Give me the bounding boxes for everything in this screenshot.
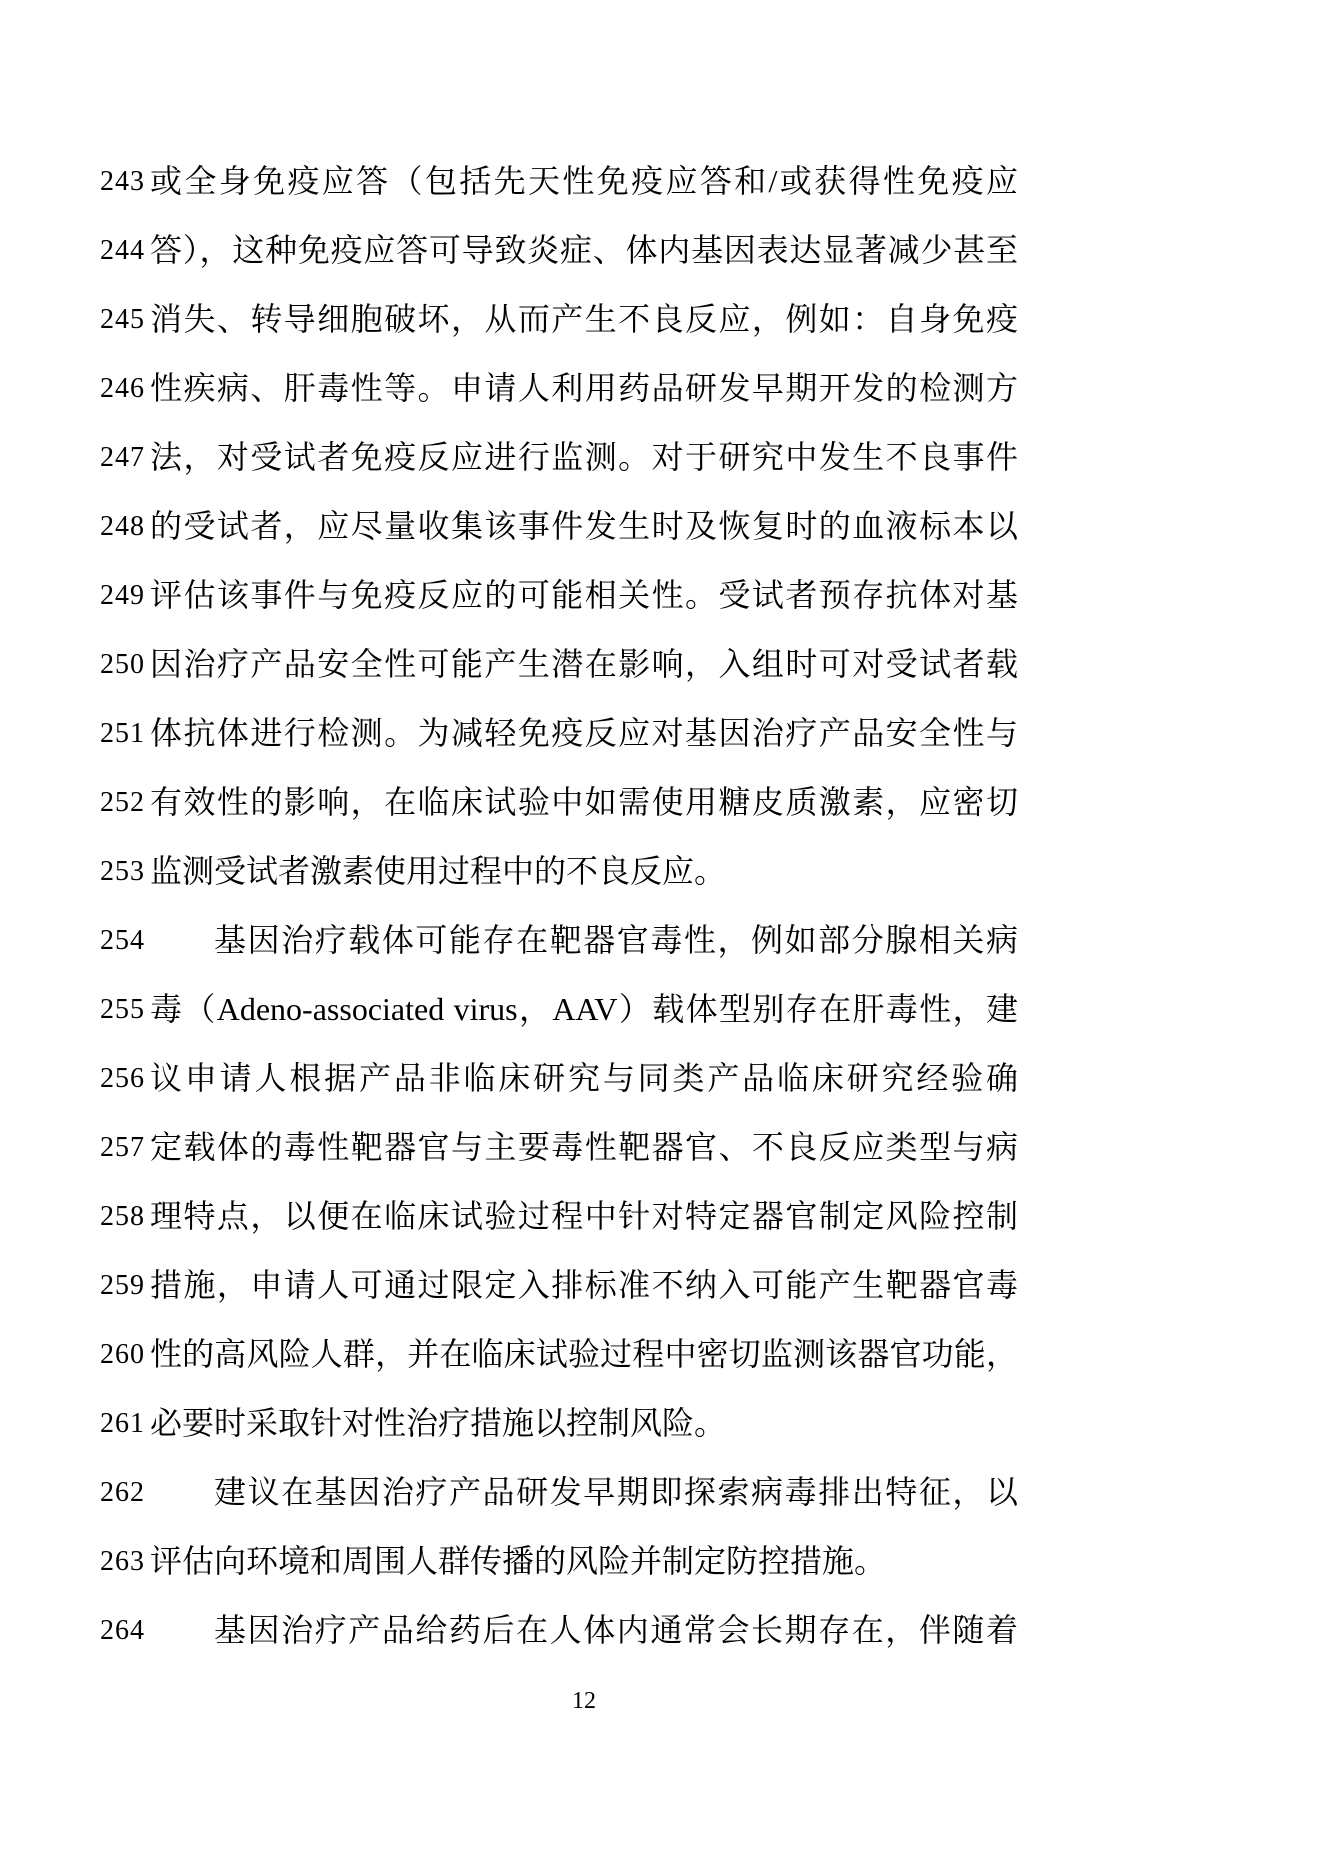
line-number: 254 [100,906,148,975]
line-number: 259 [100,1251,148,1320]
line-number: 257 [100,1113,148,1182]
line-number: 260 [100,1320,148,1389]
line-number: 264 [100,1596,148,1665]
line-number: 256 [100,1044,148,1113]
line-text: 措施，申请人可通过限定入排标准不纳入可能产生靶器官毒 [150,1251,1018,1320]
line-number: 261 [100,1389,148,1458]
text-line: 246 性疾病、肝毒性等。申请人利用药品研发早期开发的检测方 [0,354,1323,423]
text-line: 258 理特点，以便在临床试验过程中针对特定器官制定风险控制 [0,1182,1323,1251]
line-text: 性的高风险人群，并在临床试验过程中密切监测该器官功能， [150,1320,1018,1389]
text-line: 248 的受试者，应尽量收集该事件发生时及恢复时的血液标本以 [0,492,1323,561]
text-line: 259 措施，申请人可通过限定入排标准不纳入可能产生靶器官毒 [0,1251,1323,1320]
line-number: 258 [100,1182,148,1251]
line-number: 255 [100,975,148,1044]
line-number: 251 [100,699,148,768]
text-line: 252 有效性的影响，在临床试验中如需使用糖皮质激素，应密切 [0,768,1323,837]
line-number: 249 [100,561,148,630]
text-line: 247 法，对受试者免疫反应进行监测。对于研究中发生不良事件 [0,423,1323,492]
line-number: 252 [100,768,148,837]
line-number: 263 [100,1527,148,1596]
line-text: 或全身免疫应答（包括先天性免疫应答和/或获得性免疫应 [150,147,1018,216]
text-line: 256 议申请人根据产品非临床研究与同类产品临床研究经验确 [0,1044,1323,1113]
line-text: 监测受试者激素使用过程中的不良反应。 [150,837,1018,906]
line-text: 毒（Adeno-associated virus，AAV）载体型别存在肝毒性，建 [150,975,1018,1044]
text-line: 264 基因治疗产品给药后在人体内通常会长期存在，伴随着 [0,1596,1323,1665]
page-number: 12 [150,1686,1018,1716]
text-line: 249 评估该事件与免疫反应的可能相关性。受试者预存抗体对基 [0,561,1323,630]
line-text: 评估向环境和周围人群传播的风险并制定防控措施。 [150,1527,1018,1596]
line-number: 246 [100,354,148,423]
text-line: 255 毒（Adeno-associated virus，AAV）载体型别存在肝… [0,975,1323,1044]
line-text: 评估该事件与免疫反应的可能相关性。受试者预存抗体对基 [150,561,1018,630]
text-line: 245 消失、转导细胞破坏，从而产生不良反应，例如：自身免疫 [0,285,1323,354]
text-line: 263 评估向环境和周围人群传播的风险并制定防控措施。 [0,1527,1323,1596]
document-body: 243 或全身免疫应答（包括先天性免疫应答和/或获得性免疫应 244 答），这种… [0,147,1323,1665]
text-line: 243 或全身免疫应答（包括先天性免疫应答和/或获得性免疫应 [0,147,1323,216]
text-line: 261 必要时采取针对性治疗措施以控制风险。 [0,1389,1323,1458]
line-number: 253 [100,837,148,906]
line-text: 法，对受试者免疫反应进行监测。对于研究中发生不良事件 [150,423,1018,492]
line-number: 247 [100,423,148,492]
text-line: 253 监测受试者激素使用过程中的不良反应。 [0,837,1323,906]
line-text: 答），这种免疫应答可导致炎症、体内基因表达显著减少甚至 [150,216,1018,285]
line-number: 250 [100,630,148,699]
document-page: 243 或全身免疫应答（包括先天性免疫应答和/或获得性免疫应 244 答），这种… [0,0,1323,1871]
line-text: 必要时采取针对性治疗措施以控制风险。 [150,1389,1018,1458]
line-number: 248 [100,492,148,561]
line-text: 定载体的毒性靶器官与主要毒性靶器官、不良反应类型与病 [150,1113,1018,1182]
line-text: 有效性的影响，在临床试验中如需使用糖皮质激素，应密切 [150,768,1018,837]
line-text: 议申请人根据产品非临床研究与同类产品临床研究经验确 [150,1044,1018,1113]
line-text: 的受试者，应尽量收集该事件发生时及恢复时的血液标本以 [150,492,1018,561]
line-text: 消失、转导细胞破坏，从而产生不良反应，例如：自身免疫 [150,285,1018,354]
text-line: 251 体抗体进行检测。为减轻免疫反应对基因治疗产品安全性与 [0,699,1323,768]
line-text: 基因治疗载体可能存在靶器官毒性，例如部分腺相关病 [150,906,1018,975]
line-number: 243 [100,147,148,216]
line-text: 基因治疗产品给药后在人体内通常会长期存在，伴随着 [150,1596,1018,1665]
line-number: 245 [100,285,148,354]
text-line: 260 性的高风险人群，并在临床试验过程中密切监测该器官功能， [0,1320,1323,1389]
text-line: 244 答），这种免疫应答可导致炎症、体内基因表达显著减少甚至 [0,216,1323,285]
line-text: 体抗体进行检测。为减轻免疫反应对基因治疗产品安全性与 [150,699,1018,768]
line-text: 建议在基因治疗产品研发早期即探索病毒排出特征，以 [150,1458,1018,1527]
line-text: 性疾病、肝毒性等。申请人利用药品研发早期开发的检测方 [150,354,1018,423]
line-number: 244 [100,216,148,285]
text-line: 257 定载体的毒性靶器官与主要毒性靶器官、不良反应类型与病 [0,1113,1323,1182]
text-line: 262 建议在基因治疗产品研发早期即探索病毒排出特征，以 [0,1458,1323,1527]
text-line: 250 因治疗产品安全性可能产生潜在影响，入组时可对受试者载 [0,630,1323,699]
line-text: 因治疗产品安全性可能产生潜在影响，入组时可对受试者载 [150,630,1018,699]
text-line: 254 基因治疗载体可能存在靶器官毒性，例如部分腺相关病 [0,906,1323,975]
line-text: 理特点，以便在临床试验过程中针对特定器官制定风险控制 [150,1182,1018,1251]
line-number: 262 [100,1458,148,1527]
